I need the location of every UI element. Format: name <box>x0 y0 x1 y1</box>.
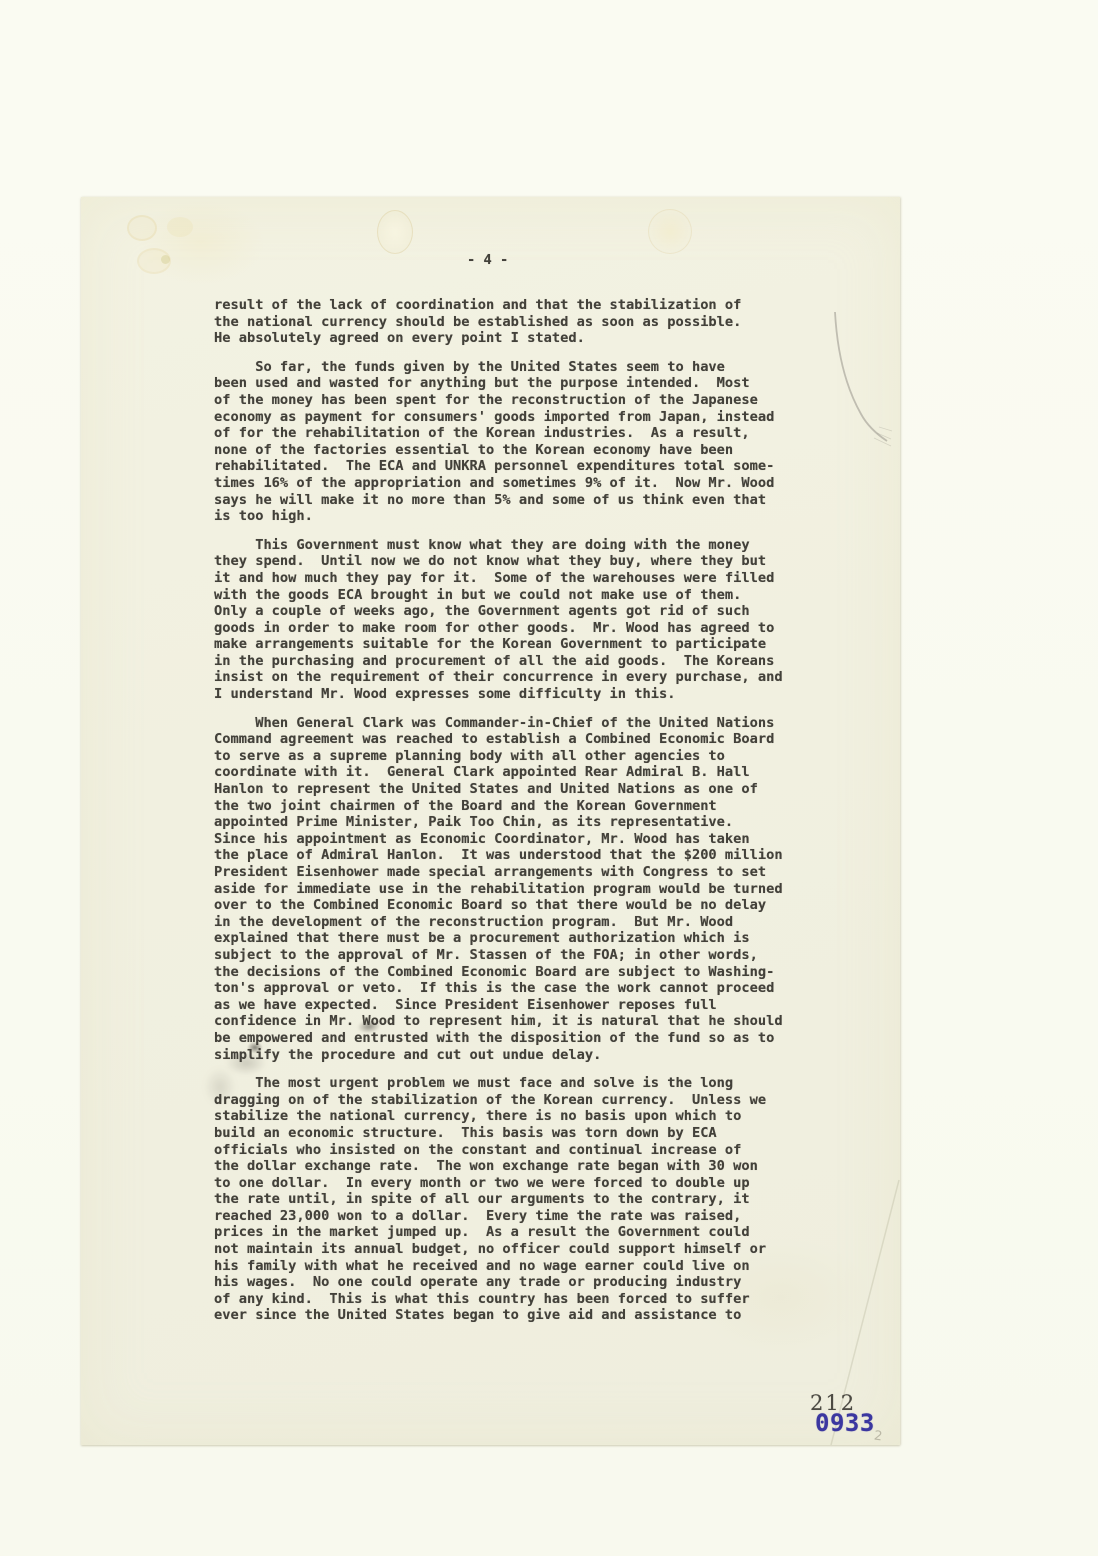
scanner-background: - 4 - result of the lack of coordination… <box>0 0 1098 1556</box>
paper-stain <box>167 217 193 237</box>
paragraph-5: The most urgent problem we must face and… <box>214 1075 854 1324</box>
punch-hole-ghost <box>648 209 692 254</box>
document-body-text: result of the lack of coordination and t… <box>214 297 854 1336</box>
paragraph-1: result of the lack of coordination and t… <box>214 297 854 347</box>
document-page: - 4 - result of the lack of coordination… <box>81 197 900 1445</box>
paragraph-3: This Government must know what they are … <box>214 537 854 703</box>
pencil-scribble-feather <box>874 427 892 446</box>
pencil-annotation: 2 <box>873 1429 883 1443</box>
inked-folio-stamp: 0933 <box>815 1411 875 1435</box>
punch-hole-ghost <box>377 210 413 254</box>
paper-stain <box>127 215 157 241</box>
paper-stain <box>161 255 170 264</box>
paragraph-2: So far, the funds given by the United St… <box>214 359 854 525</box>
page-number: - 4 - <box>467 252 508 269</box>
paper-stain <box>137 248 171 274</box>
paragraph-4: When General Clark was Commander-in-Chie… <box>214 715 854 1063</box>
